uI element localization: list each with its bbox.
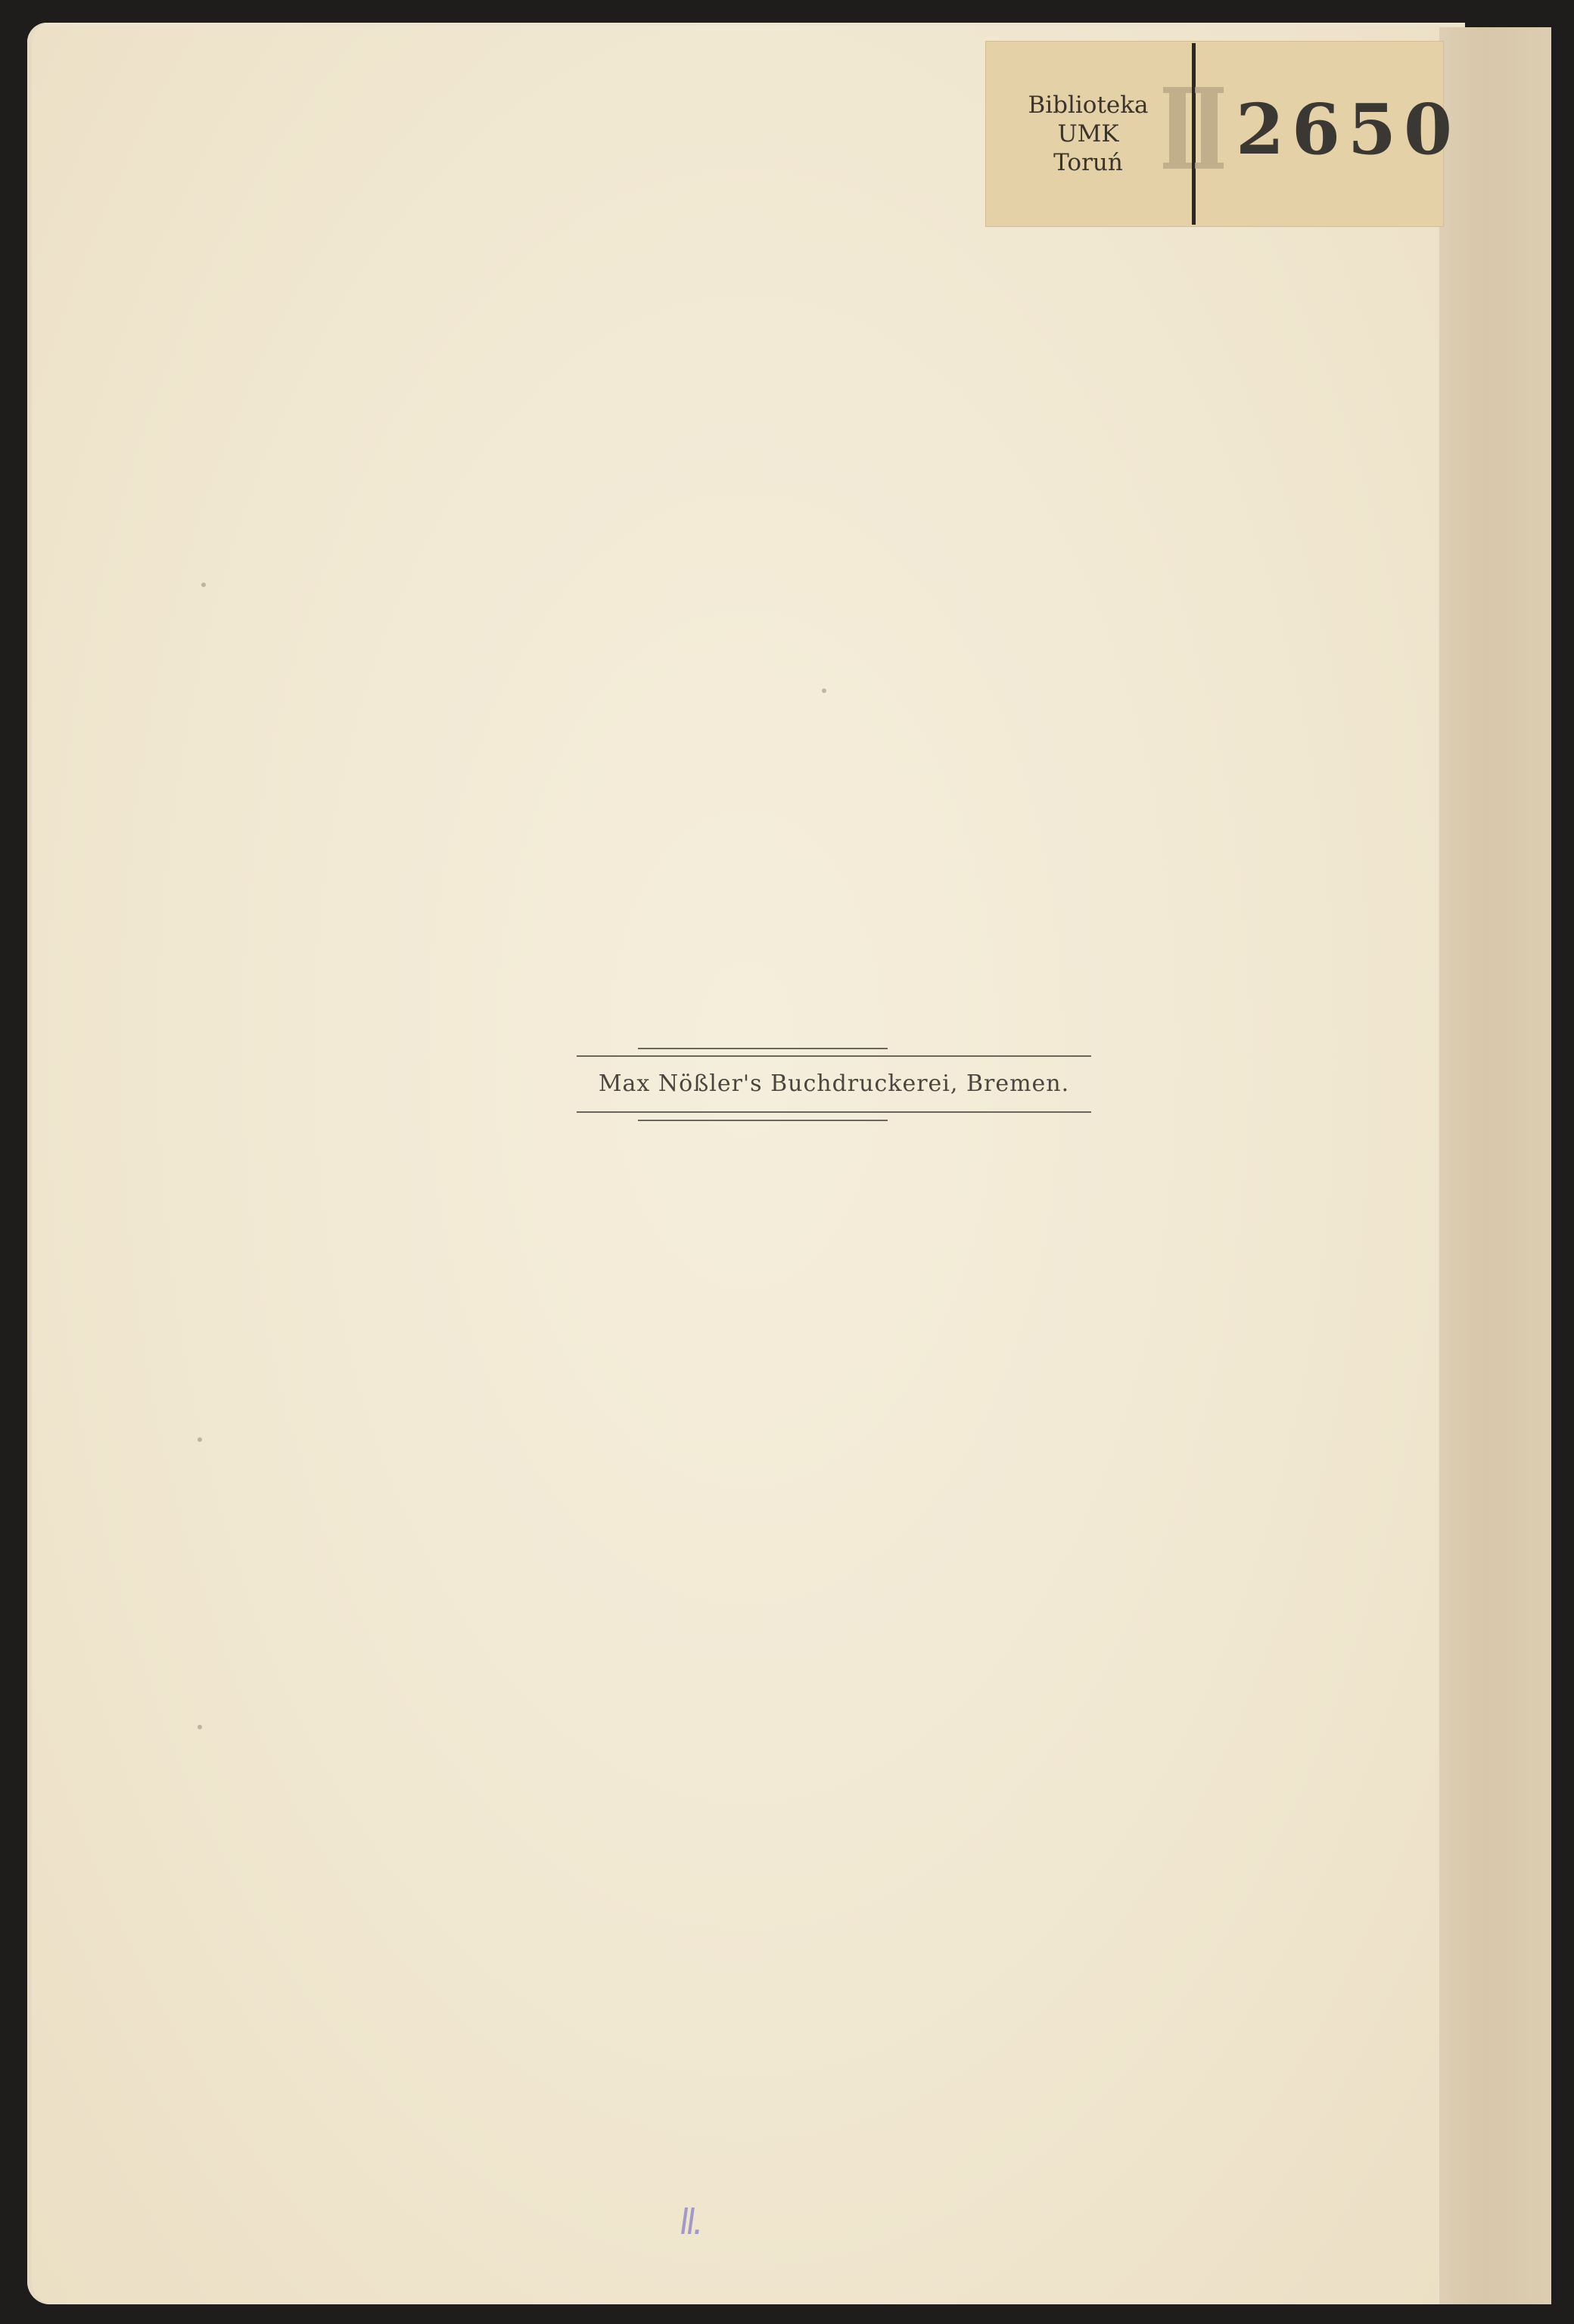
paper-speck [198,1437,202,1442]
institution-line-2: UMK [1057,120,1118,148]
spine-tape-strip [1438,27,1551,2304]
paper-speck [198,1725,202,1729]
label-divider-line [1192,43,1196,225]
roman-numeral-stroke-2 [1201,87,1218,169]
printer-imprint: Max Nößler's Buchdruckerei, Bremen. [577,1048,1091,1131]
book-back-cover-page: Max Nößler's Buchdruckerei, Bremen. ll. [27,23,1465,2304]
imprint-rule-bottom-short [638,1120,888,1121]
institution-line-1: Biblioteka [1028,91,1148,120]
imprint-rule-top-short [638,1048,888,1049]
imprint-rule-bottom-long [577,1111,1091,1113]
roman-numeral-stroke-1 [1169,87,1186,169]
library-call-number-label: Biblioteka UMK Toruń 2650 [985,41,1444,227]
call-number: 2650 [1236,89,1460,170]
imprint-rule-top-long [577,1055,1091,1057]
institution-line-3: Toruń [1053,148,1123,177]
handwritten-pencil-mark: ll. [677,2201,704,2242]
paper-speck [822,688,826,693]
library-institution: Biblioteka UMK Toruń [986,42,1190,226]
paper-speck [201,583,206,587]
imprint-text: Max Nößler's Buchdruckerei, Bremen. [577,1070,1091,1097]
